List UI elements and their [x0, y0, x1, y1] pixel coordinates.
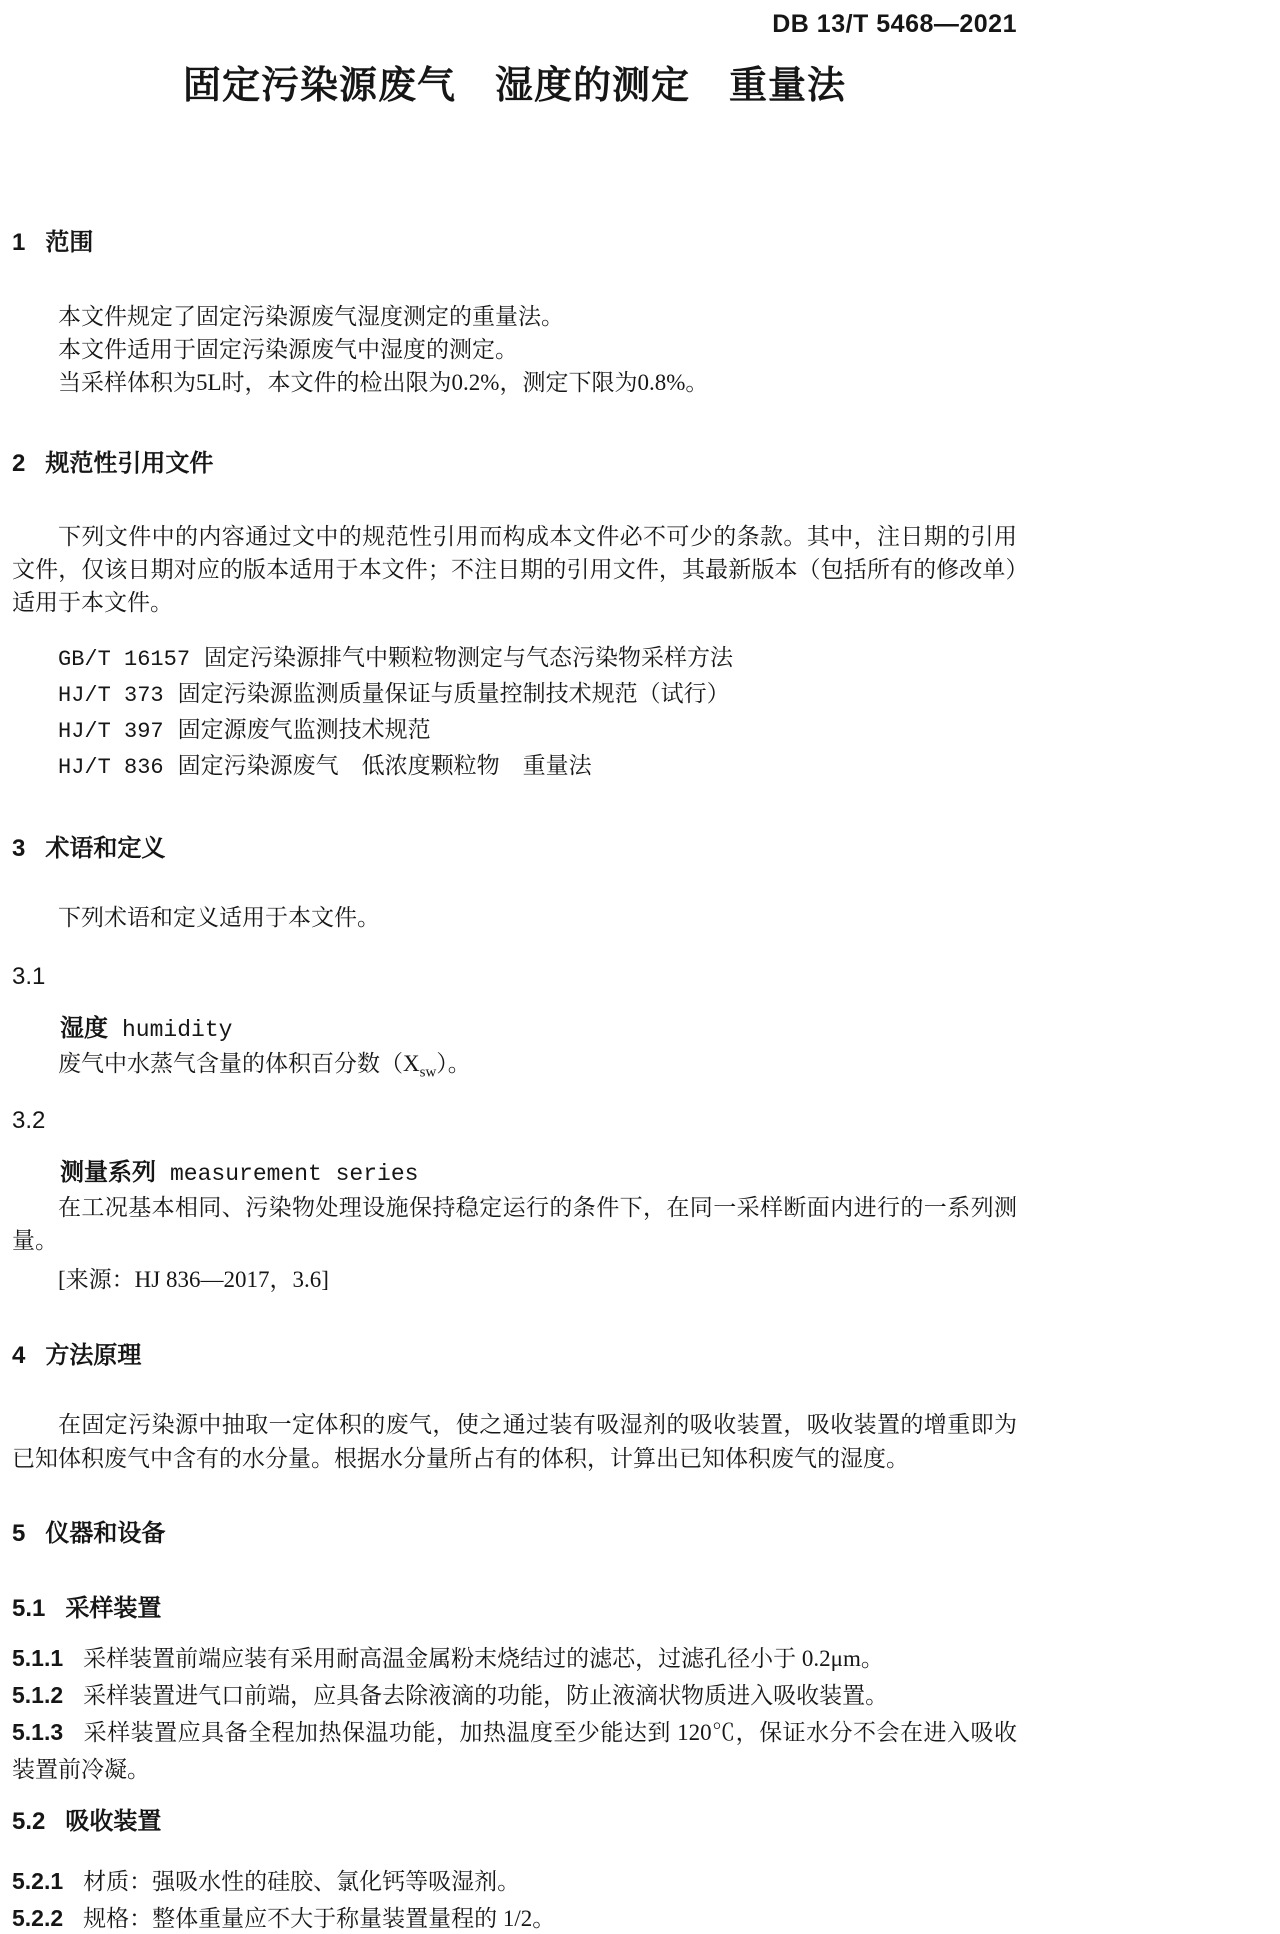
term-humidity: 湿度humidity [12, 1014, 1017, 1045]
clause-item-number: 5.1.2 [12, 1682, 63, 1708]
section-5-title: 仪器和设备 [45, 1520, 165, 1547]
clause-item-number: 5.1.1 [12, 1645, 63, 1671]
section-terms-definitions: 3术语和定义 下列术语和定义适用于本文件。 3.1 湿度humidity 废气中… [12, 833, 1017, 1296]
section-normative-references: 2规范性引用文件 下列文件中的内容通过文中的规范性引用而构成本文件必不可少的条款… [12, 448, 1017, 785]
clause-item-text: 材质：强吸水性的硅胶、氯化钙等吸湿剂。 [83, 1869, 520, 1894]
clause-item: 5.2.1材质：强吸水性的硅胶、氯化钙等吸湿剂。 [12, 1863, 1017, 1900]
reference-code: HJ/T 836 [58, 755, 164, 780]
term-humidity-en: humidity [122, 1017, 232, 1043]
term-measurement-series: 测量系列measurement series [12, 1158, 1017, 1189]
clause-5-2-number: 5.2 [12, 1808, 45, 1835]
clause-item-number: 5.1.3 [12, 1719, 63, 1745]
term-humidity-zh: 湿度 [60, 1015, 108, 1042]
section-5-number: 5 [12, 1520, 25, 1547]
clause-5-1-title: 采样装置 [65, 1595, 161, 1622]
section-3-number: 3 [12, 835, 25, 862]
clause-3-1-number: 3.1 [12, 962, 1017, 992]
section-2-heading: 2规范性引用文件 [12, 448, 1017, 480]
clause-item-number: 5.2.1 [12, 1868, 63, 1894]
clause-item-text: 规格：整体重量应不大于称量装置量程的 1/2。 [83, 1906, 555, 1931]
clause-3-2-number: 3.2 [12, 1106, 1017, 1136]
term-source-note: [来源：HJ 836—2017，3.6] [12, 1263, 1017, 1296]
section-2-title: 规范性引用文件 [45, 450, 213, 477]
reference-name: 固定污染源监测质量保证与质量控制技术规范（试行） [178, 681, 730, 706]
reference-item: HJ/T 836固定污染源废气 低浓度颗粒物 重量法 [12, 749, 1017, 785]
section-instruments-equipment: 5仪器和设备 5.1采样装置 5.1.1采样装置前端应装有采用耐高温金属粉末烧结… [12, 1518, 1017, 1934]
references-intro: 下列文件中的内容通过文中的规范性引用而构成本文件必不可少的条款。其中，注日期的引… [12, 520, 1017, 619]
term-measurement-series-definition: 在工况基本相同、污染物处理设施保持稳定运行的条件下，在同一采样断面内进行的一系列… [12, 1191, 1017, 1257]
clause-item-text: 采样装置应具备全程加热保温功能，加热温度至少能达到 120℃，保证水分不会在进入… [12, 1720, 1017, 1782]
section-scope: 1范围 本文件规定了固定污染源废气湿度测定的重量法。 本文件适用于固定污染源废气… [12, 227, 1017, 399]
method-principle-paragraph: 在固定污染源中抽取一定体积的废气，使之通过装有吸湿剂的吸收装置，吸收装置的增重即… [12, 1408, 1017, 1476]
section-1-title: 范围 [45, 229, 93, 256]
clause-5-1-heading: 5.1采样装置 [12, 1594, 1017, 1624]
document-content: DB 13/T 5468—2021 固定污染源废气 湿度的测定 重量法 1范围 … [12, 10, 1017, 1934]
document-title: 固定污染源废气 湿度的测定 重量法 [12, 62, 1017, 110]
clause-item-text: 采样装置进气口前端，应具备去除液滴的功能，防止液滴状物质进入吸收装置。 [83, 1683, 888, 1708]
section-4-number: 4 [12, 1342, 25, 1369]
clause-5-2-title: 吸收装置 [65, 1808, 161, 1835]
document-page: DB 13/T 5468—2021 固定污染源废气 湿度的测定 重量法 1范围 … [0, 0, 1280, 1934]
section-1-number: 1 [12, 229, 25, 256]
doc-number: DB 13/T 5468—2021 [12, 10, 1017, 38]
reference-item: HJ/T 373固定污染源监测质量保证与质量控制技术规范（试行） [12, 677, 1017, 713]
definition-text: ）。 [436, 1051, 471, 1076]
scope-paragraph-3: 当采样体积为5L时，本文件的检出限为0.2%，测定下限为0.8%。 [12, 366, 1017, 399]
clause-5-1-number: 5.1 [12, 1595, 45, 1622]
section-3-title: 术语和定义 [45, 835, 165, 862]
clause-item-text: 采样装置前端应装有采用耐高温金属粉末烧结过的滤芯，过滤孔径小于 0.2μm。 [83, 1646, 884, 1671]
subscript-sw: sw [420, 1065, 437, 1081]
clause-5-2-heading: 5.2吸收装置 [12, 1807, 1017, 1837]
clause-item: 5.1.3采样装置应具备全程加热保温功能，加热温度至少能达到 120℃，保证水分… [12, 1714, 1017, 1788]
scope-paragraph-1: 本文件规定了固定污染源废气湿度测定的重量法。 [12, 300, 1017, 333]
section-1-heading: 1范围 [12, 227, 1017, 259]
reference-item: GB/T 16157固定污染源排气中颗粒物测定与气态污染物采样方法 [12, 641, 1017, 677]
definition-text: 废气中水蒸气含量的体积百分数（X [58, 1051, 420, 1076]
section-4-title: 方法原理 [45, 1342, 141, 1369]
clause-item: 5.2.2规格：整体重量应不大于称量装置量程的 1/2。 [12, 1900, 1017, 1934]
section-method-principle: 4方法原理 在固定污染源中抽取一定体积的废气，使之通过装有吸湿剂的吸收装置，吸收… [12, 1340, 1017, 1476]
section-2-number: 2 [12, 450, 25, 477]
section-5-heading: 5仪器和设备 [12, 1518, 1017, 1550]
clause-item-number: 5.2.2 [12, 1905, 63, 1931]
term-humidity-definition: 废气中水蒸气含量的体积百分数（Xsw）。 [12, 1047, 1017, 1080]
reference-name: 固定污染源废气 低浓度颗粒物 重量法 [178, 753, 592, 778]
section-3-heading: 3术语和定义 [12, 833, 1017, 865]
reference-code: HJ/T 373 [58, 683, 164, 708]
reference-code: GB/T 16157 [58, 647, 190, 672]
terms-intro: 下列术语和定义适用于本文件。 [12, 901, 1017, 934]
section-4-heading: 4方法原理 [12, 1340, 1017, 1372]
term-measurement-series-zh: 测量系列 [60, 1159, 156, 1186]
clause-item: 5.1.2采样装置进气口前端，应具备去除液滴的功能，防止液滴状物质进入吸收装置。 [12, 1677, 1017, 1714]
reference-code: HJ/T 397 [58, 719, 164, 744]
reference-name: 固定源废气监测技术规范 [178, 717, 431, 742]
scope-paragraph-2: 本文件适用于固定污染源废气中湿度的测定。 [12, 333, 1017, 366]
reference-item: HJ/T 397固定源废气监测技术规范 [12, 713, 1017, 749]
clause-item: 5.1.1采样装置前端应装有采用耐高温金属粉末烧结过的滤芯，过滤孔径小于 0.2… [12, 1640, 1017, 1677]
term-measurement-series-en: measurement series [170, 1161, 418, 1187]
reference-name: 固定污染源排气中颗粒物测定与气态污染物采样方法 [204, 645, 733, 670]
